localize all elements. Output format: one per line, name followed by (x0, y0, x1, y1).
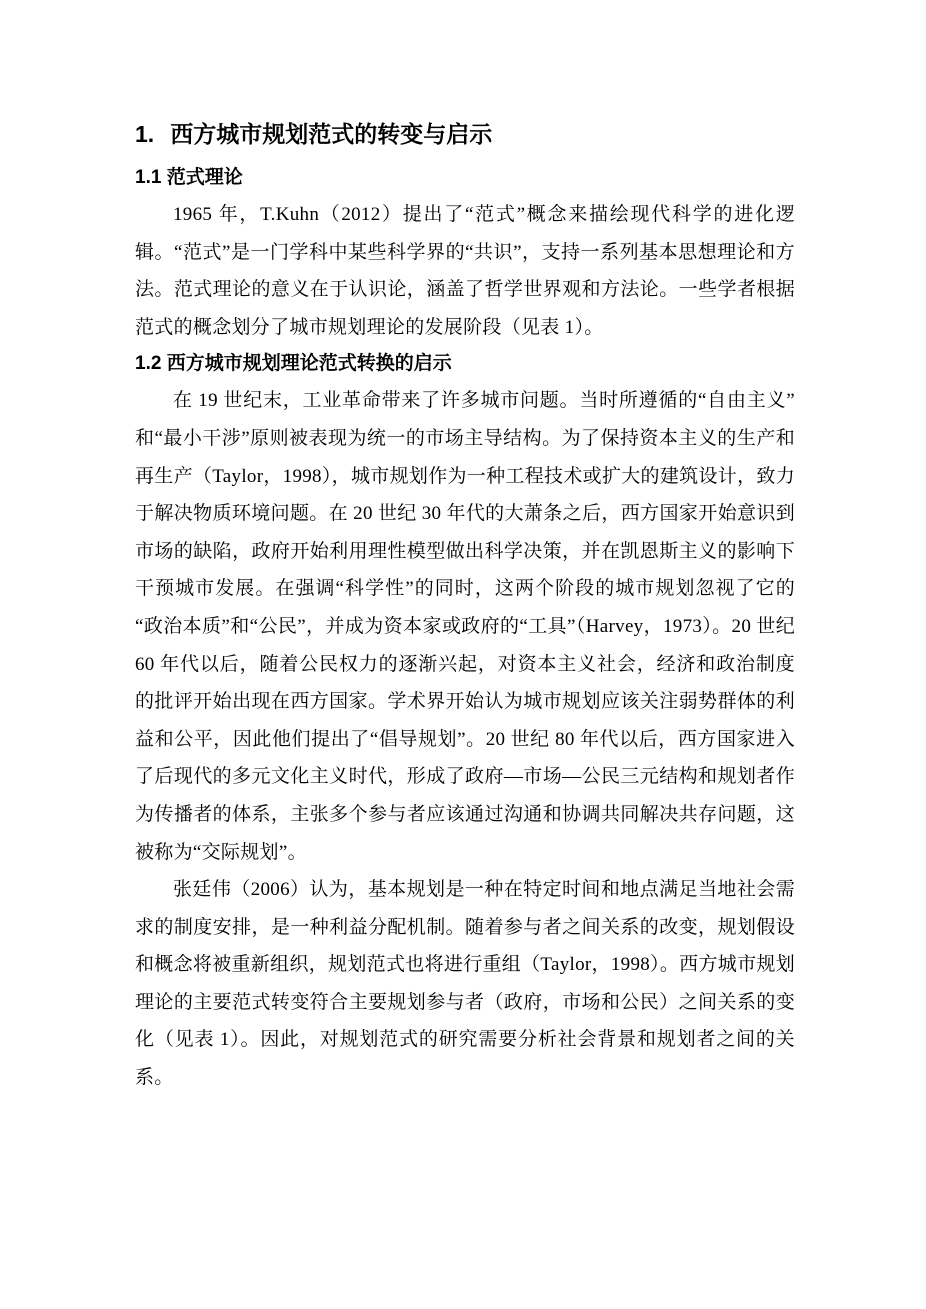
section-heading-number: 1. (135, 120, 154, 148)
paragraph-paradigm-theory: 1965 年，T.Kuhn（2012）提出了“范式”概念来描绘现代科学的进化逻辑… (135, 196, 795, 346)
subsection-heading-1-1: 1.1 范式理论 (135, 165, 795, 191)
paragraph-western-planning-history: 在 19 世纪末，工业革命带来了许多城市问题。当时所遵循的“自由主义”和“最小干… (135, 382, 795, 871)
section-heading: 1.西方城市规划范式的转变与启示 (135, 120, 795, 148)
document-content: 1.西方城市规划范式的转变与启示 1.1 范式理论 1965 年，T.Kuhn（… (135, 120, 795, 1097)
subsection-heading-1-2: 1.2 西方城市规划理论范式转换的启示 (135, 351, 795, 377)
document-page: { "page": { "background_color": "#ffffff… (0, 0, 926, 1309)
section-heading-text: 西方城市规划范式的转变与启示 (170, 121, 492, 147)
paragraph-zhang-tingwei: 张廷伟（2006）认为，基本规划是一种在特定时间和地点满足当地社会需求的制度安排… (135, 871, 795, 1097)
